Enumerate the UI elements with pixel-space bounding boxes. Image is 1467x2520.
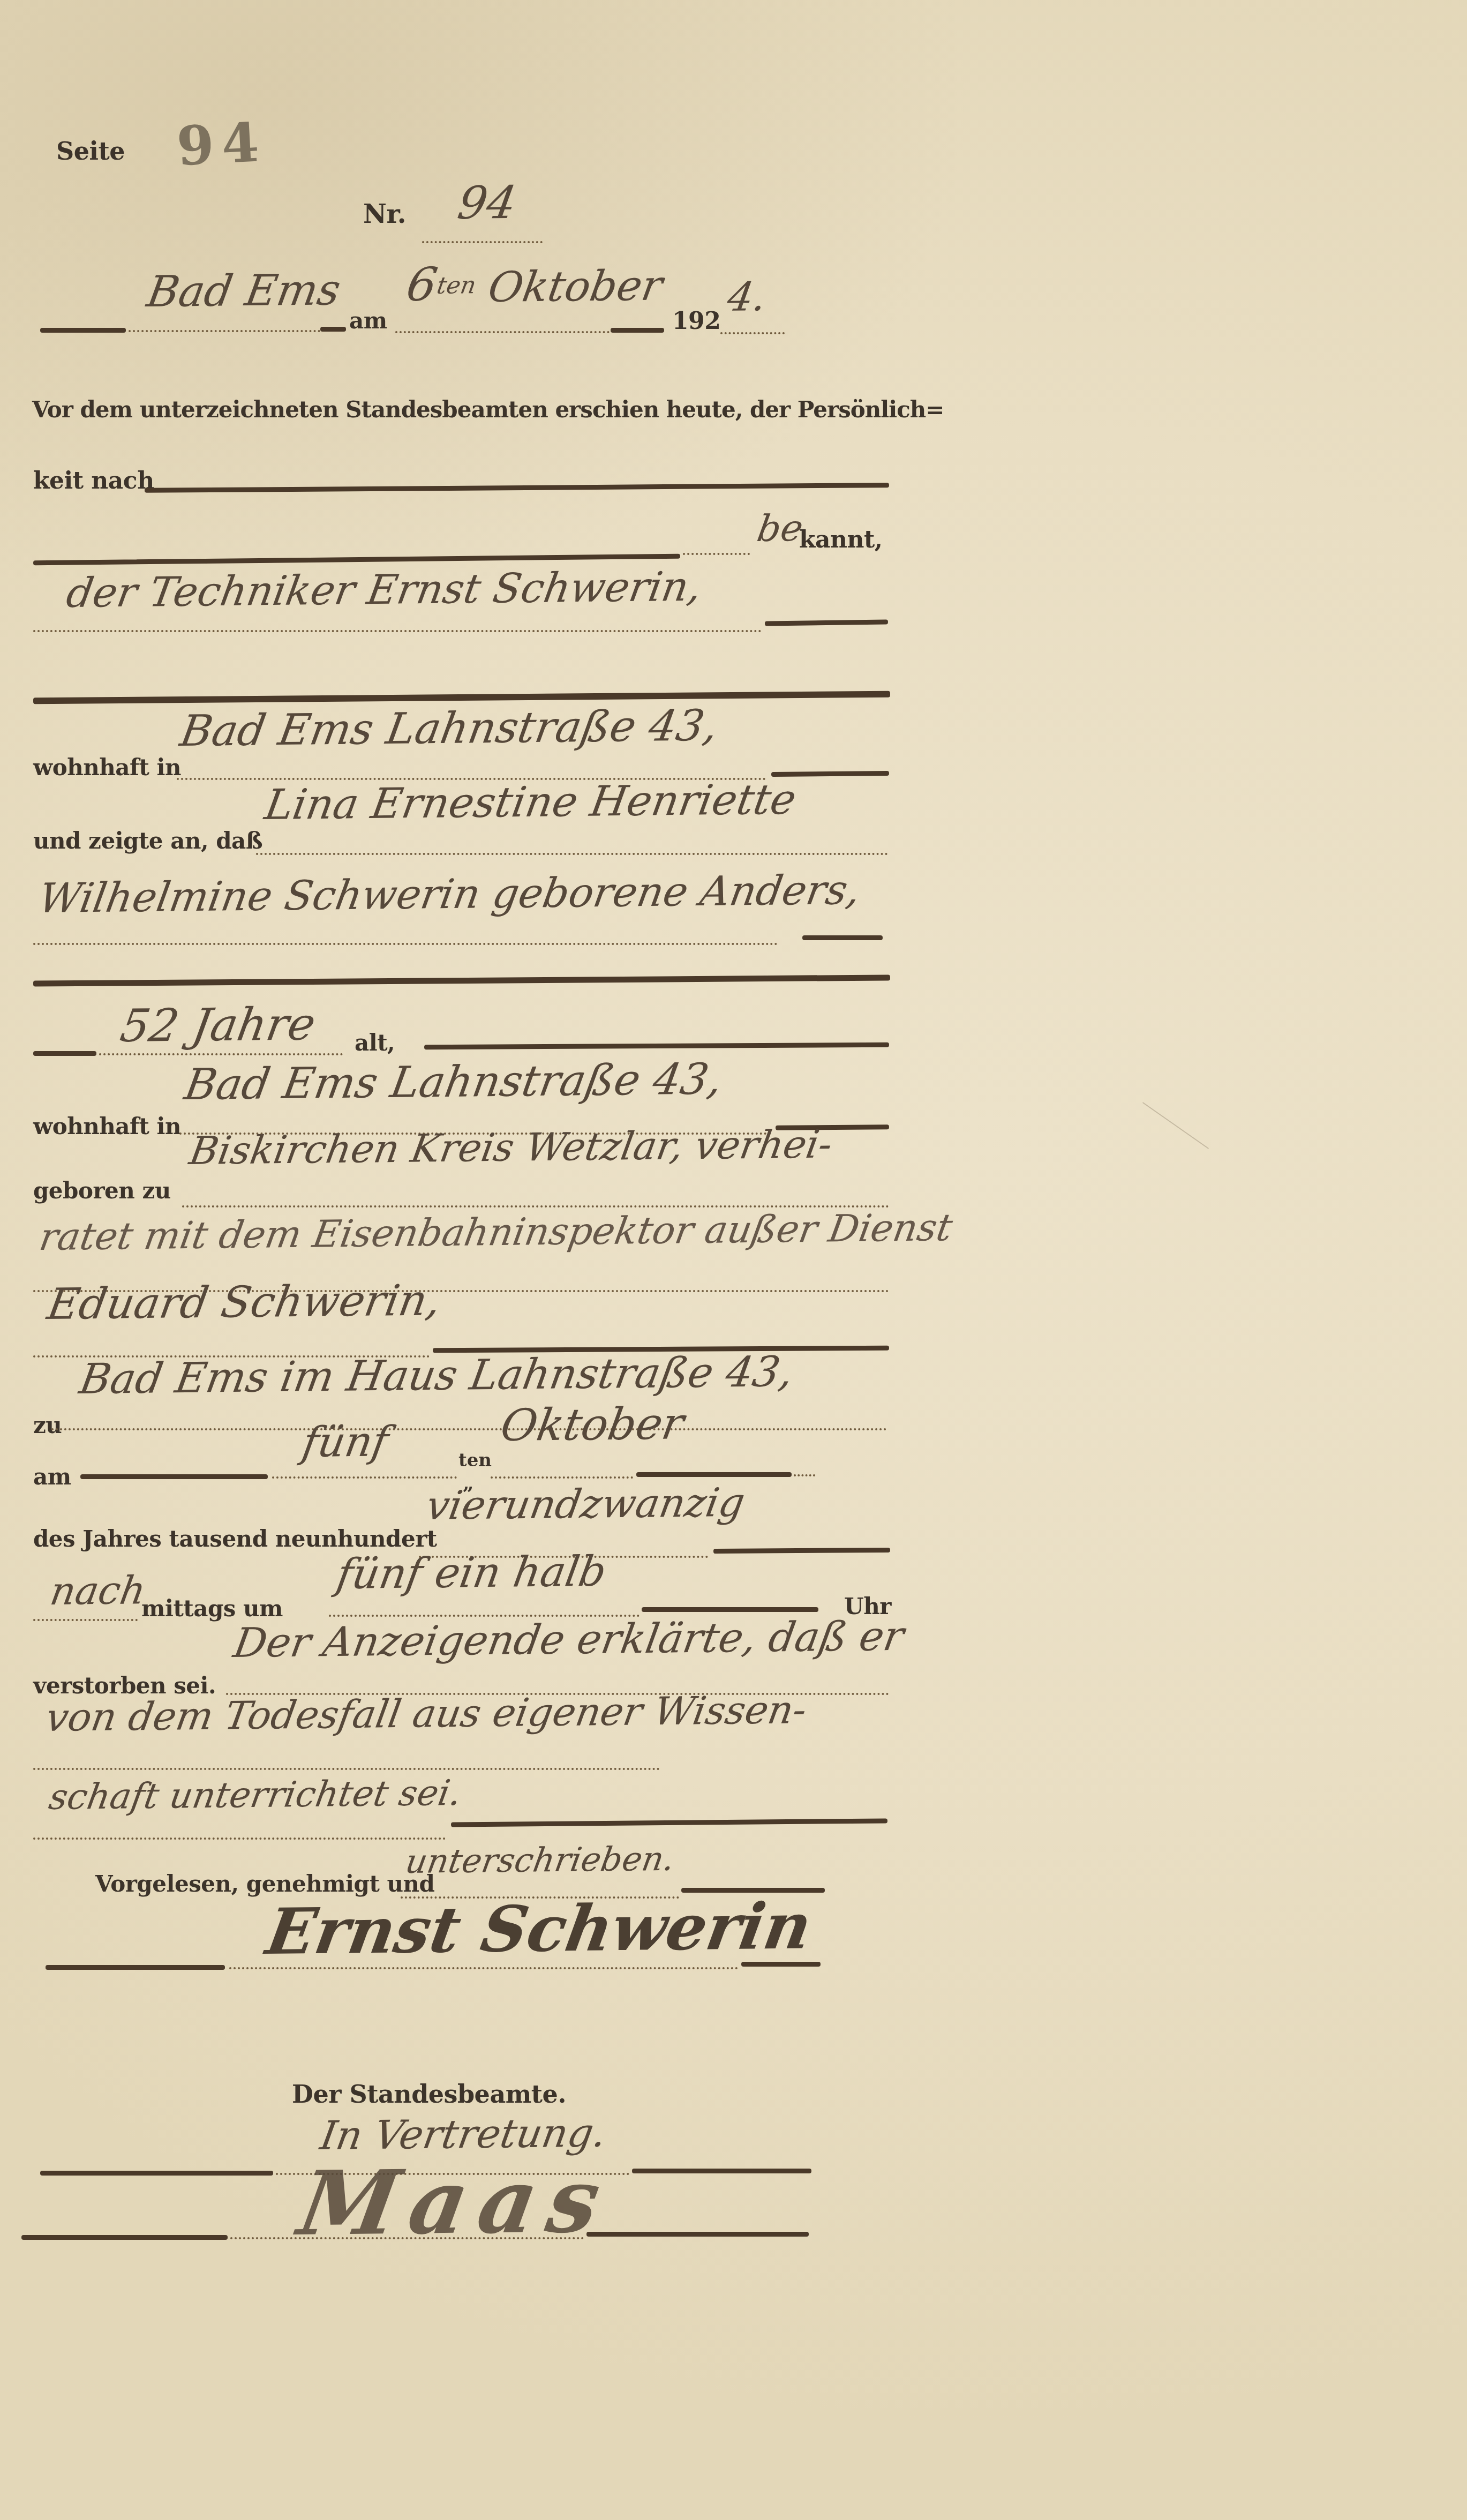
death-place-handwritten: Bad Ems im Haus Lahnstraße 43, [76, 1348, 797, 1404]
death-time-handwritten: fünf ein halb [333, 1548, 610, 1599]
birth-line-1-handwritten: Biskirchen Kreis Wetzlar, verhei- [186, 1121, 836, 1173]
form-rule [491, 1476, 633, 1479]
am-label: am [349, 307, 387, 334]
form-rule [33, 630, 762, 632]
intro-line-2: keit nach [33, 467, 154, 494]
record-month-handwritten: Oktober [485, 262, 666, 312]
zeigte-an-label: und zeigte an, daß [33, 828, 262, 854]
form-rule [33, 1837, 446, 1840]
form-rule [33, 1619, 138, 1621]
kannt-label: kannt, [799, 526, 883, 553]
form-rule [451, 1818, 887, 1827]
declaration-line-2-handwritten: von dem Todesfall aus eigener Wissen- [43, 1687, 810, 1740]
form-rule [145, 483, 889, 493]
record-day-handwritten: 6 [403, 258, 441, 312]
form-rule [636, 1472, 792, 1477]
form-rule [80, 1474, 268, 1479]
form-rule [21, 2235, 228, 2240]
unterschrieben-handwritten: unterschrieben. [403, 1839, 678, 1881]
daytime-prefix-handwritten: nach [47, 1567, 149, 1614]
deceased-age-handwritten: 52 Jahre [117, 997, 319, 1052]
deceased-residence-handwritten: Bad Ems Lahnstraße 43, [181, 1054, 726, 1109]
form-rule [40, 328, 126, 333]
form-rule [720, 332, 785, 334]
jahres-label: des Jahres tausend neunhundert [33, 1526, 437, 1552]
declarant-line-handwritten: der Techniker Ernst Schwerin, [63, 562, 705, 617]
registrar-signature: Maas [292, 2148, 619, 2255]
form-rule [99, 1053, 343, 1055]
am-label-2: am [33, 1464, 71, 1490]
form-rule [794, 1474, 815, 1476]
record-place-handwritten: Bad Ems [144, 265, 344, 317]
record-day-suffix-handwritten: ten [435, 272, 478, 299]
death-month-handwritten: Oktober [497, 1398, 688, 1451]
alt-label: alt, [355, 1030, 395, 1056]
form-rule [395, 331, 610, 333]
nr-value-handwritten: 94 [454, 176, 520, 229]
form-rule [46, 1965, 225, 1970]
form-rule [272, 1476, 457, 1479]
death-register-page: Seite 94 Nr. 94 Bad Ems am 6 ten Oktober… [0, 0, 1467, 2520]
declaration-line-3-handwritten: schaft unterrichtet sei. [46, 1772, 464, 1818]
form-rule [683, 553, 750, 555]
deceased-name-line-1-handwritten: Lina Ernestine Henriette [261, 776, 800, 829]
form-rule [33, 691, 890, 704]
zu-label: zu [33, 1412, 62, 1438]
declarant-residence-handwritten: Bad Ems Lahnstraße 43, [177, 701, 722, 756]
wohnhaft-label-2: wohnhaft in [33, 1113, 181, 1139]
form-rule [256, 853, 888, 855]
form-rule [33, 943, 778, 945]
intro-line-1: Vor dem unterzeichneten Standesbeamten e… [32, 396, 944, 423]
form-rule [765, 619, 888, 626]
standesbeamte-label: Der Standesbeamte. [292, 2080, 566, 2109]
geboren-zu-label: geboren zu [33, 1177, 171, 1204]
year-digit-handwritten: 4. [724, 274, 770, 320]
declarant-signature: Ernst Schwerin [261, 1888, 817, 1969]
nr-label: Nr. [363, 199, 406, 229]
be-prefix-handwritten: be [754, 507, 806, 550]
death-year-word-handwritten: vierundzwanzig [423, 1480, 748, 1529]
form-rule [33, 1768, 660, 1770]
form-rule [33, 1051, 96, 1056]
deceased-name-line-2-handwritten: Wilhelmine Schwerin geborene Anders, [35, 866, 864, 922]
birth-line-2-handwritten: ratet mit dem Eisenbahninspektor außer D… [36, 1205, 956, 1259]
form-rule [51, 1428, 887, 1430]
form-rule [33, 974, 890, 986]
birth-line-3-handwritten: Eduard Schwerin, [44, 1275, 445, 1329]
form-rule [802, 935, 883, 940]
seite-label: Seite [56, 137, 125, 166]
page-number-stamp: 94 [175, 110, 268, 178]
form-rule [422, 241, 543, 243]
declaration-line-1-handwritten: Der Anzeigende erklärte, daß er [230, 1612, 907, 1667]
form-rule [320, 327, 346, 332]
form-rule [713, 1548, 890, 1554]
form-rule [611, 328, 664, 333]
form-rule [632, 2169, 811, 2173]
wohnhaft-label-1: wohnhaft in [33, 754, 181, 781]
paper-scratch-mark [1142, 1102, 1209, 1149]
form-rule [40, 2171, 273, 2176]
mittags-um-label: mittags um [141, 1595, 283, 1622]
form-rule [642, 1607, 818, 1612]
year-printed-prefix: 192 [672, 307, 720, 335]
ten-label: ten [458, 1450, 492, 1471]
form-rule [586, 2232, 809, 2237]
form-rule [129, 330, 320, 332]
form-rule [424, 1042, 889, 1050]
death-day-word-handwritten: fünf [299, 1417, 392, 1467]
